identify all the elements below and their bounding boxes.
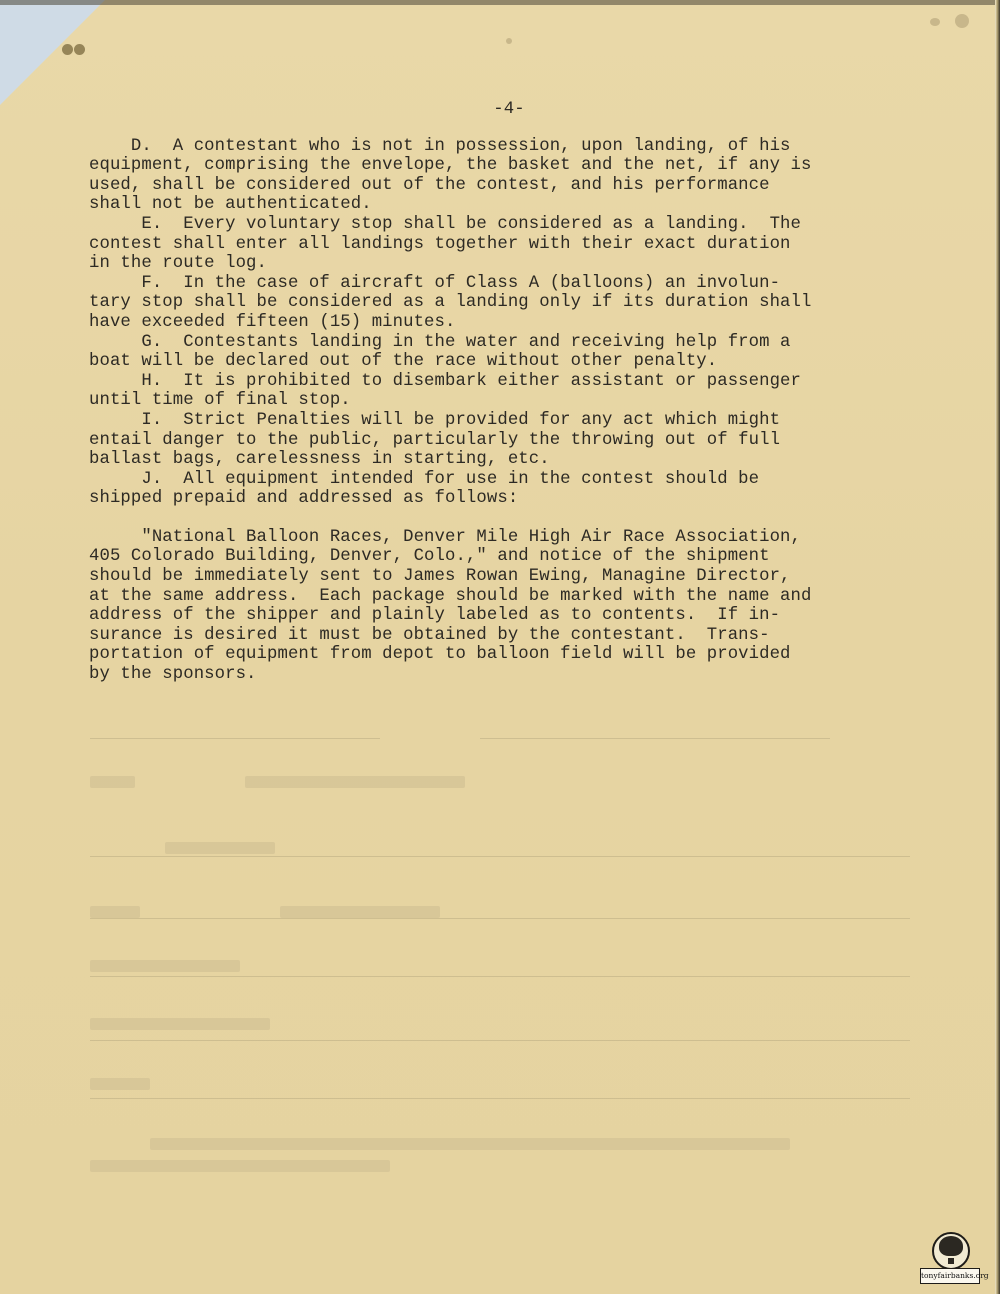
text-line: portation of equipment from depot to bal… xyxy=(89,645,919,665)
text-line: shall not be authenticated. xyxy=(89,195,919,215)
folded-corner xyxy=(0,0,105,105)
bleed-through-text xyxy=(90,960,240,972)
bleed-through-line xyxy=(90,918,910,919)
text-line: F. In the case of aircraft of Class A (b… xyxy=(89,274,919,294)
text-line: in the route log. xyxy=(89,254,919,274)
bleed-through-text xyxy=(90,1160,390,1172)
text-line: H. It is prohibited to disembark either … xyxy=(89,372,919,392)
text-line: G. Contestants landing in the water and … xyxy=(89,333,919,353)
paragraph-g: G. Contestants landing in the water and … xyxy=(89,333,919,372)
bleed-through-text xyxy=(245,776,465,788)
paragraph-h: H. It is prohibited to disembark either … xyxy=(89,372,919,411)
page-right-edge xyxy=(995,0,1000,1294)
page-top-edge xyxy=(0,0,1000,5)
bleed-through-text xyxy=(90,1078,150,1090)
text-line: entail danger to the public, particularl… xyxy=(89,431,919,451)
text-line: tary stop shall be considered as a landi… xyxy=(89,293,919,313)
bleed-through-line xyxy=(90,856,910,857)
bleed-through-line xyxy=(90,976,910,977)
text-line: address of the shipper and plainly label… xyxy=(89,606,919,626)
text-line: contest shall enter all landings togethe… xyxy=(89,235,919,255)
ink-speck xyxy=(506,38,512,44)
bleed-through-line xyxy=(480,738,830,739)
stain-mark xyxy=(955,14,969,28)
paragraph-j: J. All equipment intended for use in the… xyxy=(89,470,919,509)
text-line: at the same address. Each package should… xyxy=(89,587,919,607)
watermark-site-label: tonyfairbanks.org xyxy=(920,1268,980,1284)
watermark-logo: tonyfairbanks.org xyxy=(920,1232,978,1288)
text-line: should be immediately sent to James Rowa… xyxy=(89,567,919,587)
text-line: D. A contestant who is not in possession… xyxy=(89,137,919,157)
bleed-through-line xyxy=(90,1040,910,1041)
paragraph-e: E. Every voluntary stop shall be conside… xyxy=(89,215,919,274)
text-line: I. Strict Penalties will be provided for… xyxy=(89,411,919,431)
page-number: -4- xyxy=(89,100,919,120)
hot-air-balloon-icon xyxy=(932,1232,970,1270)
shipping-address-block: "National Balloon Races, Denver Mile Hig… xyxy=(89,528,919,685)
text-line: equipment, comprising the envelope, the … xyxy=(89,156,919,176)
text-line: boat will be declared out of the race wi… xyxy=(89,352,919,372)
text-line: until time of final stop. xyxy=(89,391,919,411)
paragraph-gap xyxy=(89,509,919,528)
paragraph-d: D. A contestant who is not in possession… xyxy=(89,137,919,215)
text-line: shipped prepaid and addressed as follows… xyxy=(89,489,919,509)
document-body: -4- D. A contestant who is not in posses… xyxy=(89,100,919,685)
document-page: -4- D. A contestant who is not in posses… xyxy=(0,0,1000,1294)
bleed-through-line xyxy=(90,1098,910,1099)
bleed-through-text xyxy=(90,1018,270,1030)
bleed-through-text xyxy=(90,776,135,788)
text-line: "National Balloon Races, Denver Mile Hig… xyxy=(89,528,919,548)
text-line: surance is desired it must be obtained b… xyxy=(89,626,919,646)
text-line: have exceeded fifteen (15) minutes. xyxy=(89,313,919,333)
paragraph-i: I. Strict Penalties will be provided for… xyxy=(89,411,919,470)
text-line: ballast bags, carelessness in starting, … xyxy=(89,450,919,470)
bleed-through-text xyxy=(165,842,275,854)
text-line: by the sponsors. xyxy=(89,665,919,685)
text-line: used, shall be considered out of the con… xyxy=(89,176,919,196)
text-line: J. All equipment intended for use in the… xyxy=(89,470,919,490)
bleed-through-text xyxy=(90,906,140,918)
bleed-through-text xyxy=(150,1138,790,1150)
text-line: E. Every voluntary stop shall be conside… xyxy=(89,215,919,235)
paragraph-f: F. In the case of aircraft of Class A (b… xyxy=(89,274,919,333)
bleed-through-line xyxy=(90,738,380,739)
stain-mark xyxy=(930,18,940,26)
text-line: 405 Colorado Building, Denver, Colo.," a… xyxy=(89,547,919,567)
bleed-through-text xyxy=(280,906,440,918)
